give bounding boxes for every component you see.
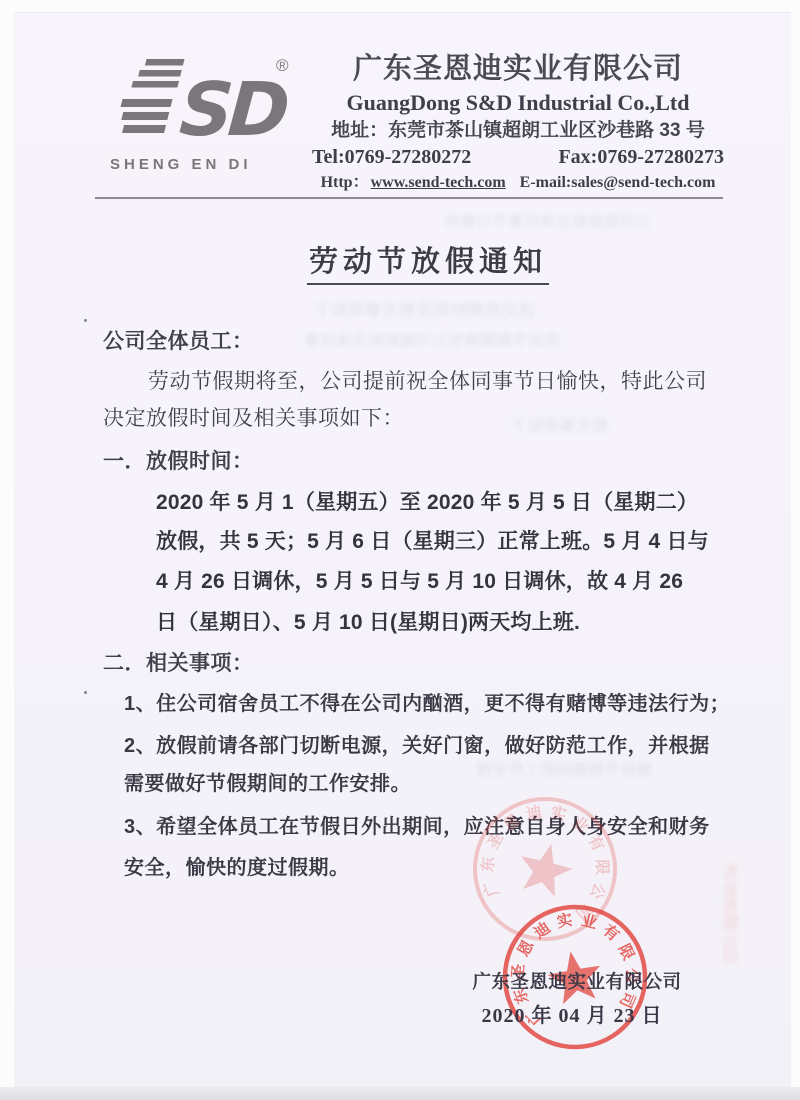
body-line: 决定放假时间及相关事项如下：: [103, 402, 743, 432]
company-logo: SD ®: [118, 53, 298, 158]
body-line-holiday-dates: 2020 年 5 月 1（星期五）至 2020 年 5 月 5 日（星期二）: [103, 486, 796, 516]
body-line-section-1: 一．放假时间：: [103, 445, 743, 475]
body-line-section-2: 二．相关事项：: [103, 647, 743, 677]
company-name-cn: 广东圣恩迪实业有限公司: [310, 51, 726, 88]
logo-brand-text: SHENG EN DI: [110, 156, 300, 173]
website-link[interactable]: www.send-tech.com: [371, 174, 506, 191]
scan-speck: [84, 319, 87, 322]
signature-date: 2020 年 04 月 23 日: [482, 999, 663, 1028]
scan-speck: [84, 691, 87, 694]
letterhead-divider: [95, 197, 723, 199]
body-line-item-3: 3、希望全体员工在节假日外出期间，应注意自身人身安全和财务: [103, 810, 764, 839]
body-line: 劳动节假期将至，公司提前祝全体同事节日愉快，特此公司: [103, 365, 788, 395]
body-line-item-2-cont: 需要做好节假期间的工作安排。: [103, 767, 764, 796]
http-label: Http：: [321, 174, 369, 191]
body-line-item-2: 2、放假前请各部门切断电源，关好门窗，做好防范工作，并根据: [103, 729, 764, 758]
body-line-holiday-dates: 放假，共 5 天；5 月 6 日（星期三）正常上班。5 月 4 日与: [103, 525, 796, 555]
scanned-paper: SD ® SHENG EN DI 广东圣恩迪实业有限公司 GuangDong S…: [14, 12, 791, 1087]
scan-edge-bottom: [0, 1087, 800, 1100]
scanned-notice-page: { "header": { "company_cn": "广东圣恩迪实业有限公司…: [0, 0, 800, 1100]
fax-number: Fax:0769-27280273: [558, 144, 724, 171]
tel-number: Tel:0769-27280272: [312, 144, 471, 171]
body-line-holiday-dates: 日（星期日）、5 月 10 日(星期日)两天均上班.: [103, 606, 796, 636]
body-line-item-1: 1、住公司宿舍员工不得在公司内酗酒，更不得有赌博等违法行为；: [103, 687, 764, 716]
body-line-holiday-dates: 4 月 26 日调休，5 月 5 日与 5 月 10 日调休，故 4 月 26: [103, 565, 796, 595]
bleedthrough-text: 公司提前祝全体同事节日愉快: [444, 209, 652, 232]
bleedthrough-text: 决定放假时间及相关事项如下: [314, 296, 535, 321]
body-line-item-3-cont: 安全，愉快的度过假期。: [103, 851, 764, 880]
signature-company: 广东圣恩迪实业有限公司: [472, 968, 681, 994]
logo-monogram: SD: [177, 67, 290, 153]
email-address: E-mail:sales@send-tech.com: [520, 174, 716, 191]
body-line-salutation: 公司全体员工：: [103, 325, 743, 355]
tel-fax-line: Tel:0769-27280272 Fax:0769-27280273: [310, 144, 726, 171]
company-name-en: GuangDong S&D Industrial Co.,Ltd: [310, 88, 726, 117]
web-email-line: Http：www.send-tech.com E-mail:sales@send…: [310, 171, 726, 195]
notice-title: 劳动节放假通知: [307, 239, 549, 285]
registered-mark-icon: ®: [276, 56, 289, 75]
letterhead: 广东圣恩迪实业有限公司 GuangDong S&D Industrial Co.…: [310, 51, 726, 195]
shengendi-logo-icon: SD ®: [118, 53, 298, 153]
company-address: 地址：东莞市茶山镇超朗工业区沙巷路 33 号: [310, 117, 726, 144]
